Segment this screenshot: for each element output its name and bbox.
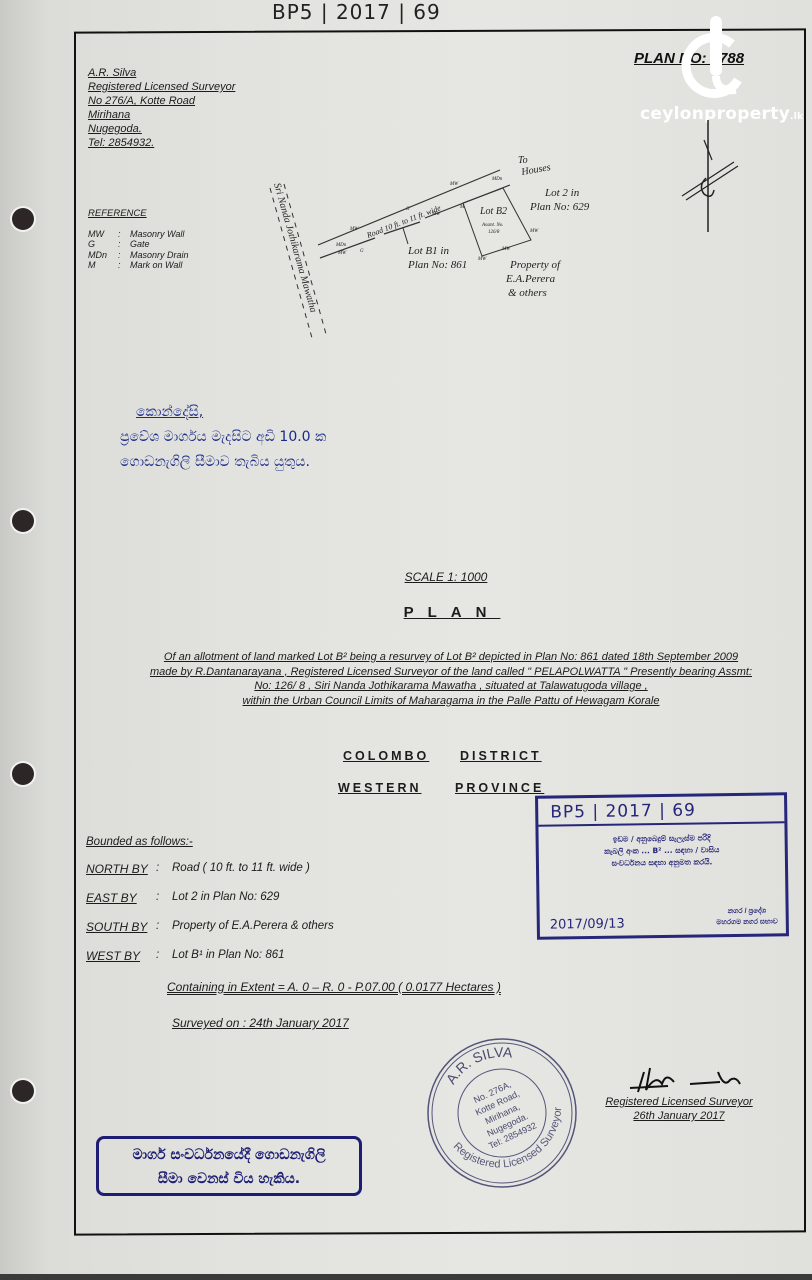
approval-office: නගර / ප්‍රදේශ මහරගම නගර සභාව [716,905,778,928]
surveyor-details: A.R. Silva Registered Licensed Surveyor … [88,66,235,150]
svg-text:MW: MW [477,257,487,262]
svg-text:126/8: 126/8 [488,230,500,235]
signature-date: 26th January 2017 [590,1110,768,1122]
district-name: COLOMBO [343,740,438,772]
watermark: ceylonproperty.lk [640,14,790,124]
sketch-main-road-label: Sri Nanda Jothikarama Mawatha [271,182,319,314]
north-arrow-icon [676,120,746,235]
svg-text:Plan No: 629: Plan No: 629 [529,201,590,213]
boundary-row: SOUTH BY:Property of E.A.Perera & others [86,920,334,949]
surveyed-date: Surveyed on : 24th January 2017 [172,1016,349,1030]
surveyor-address-2: Mirihana [88,108,235,122]
approval-date: 2017/09/13 [550,917,625,933]
punch-hole [12,1080,34,1102]
approval-stamp: BP5 | 2017 | 69 ඉඩම / අනුබෙදුම් සැලැස්ම … [535,792,789,940]
surveyor-name: A.R. Silva [88,66,235,80]
svg-text:Assmt. No.: Assmt. No. [481,223,504,228]
svg-text:MW: MW [349,227,359,232]
surveyor-seal: A.R. SILVA Registered Licensed Surveyor … [424,1035,580,1191]
reference-title: REFERENCE [88,209,189,220]
svg-text:MW: MW [501,247,511,252]
svg-text:MW: MW [529,229,539,234]
surveyor-address-1: No 276/A, Kotte Road [88,94,235,108]
plan-description: Of an allotment of land marked Lot B² be… [96,650,806,708]
province-label: PROVINCE [455,772,544,804]
reference-item: G:Gate [88,239,189,250]
punch-hole [12,763,34,785]
road-development-stamp: මාර්ග සංවර්ධනයේදී ගොඩනැගිලි සීමා වෙනස් ව… [96,1136,362,1196]
scale-label: SCALE 1: 1000 [40,570,812,584]
punch-hole [12,510,34,532]
svg-text:Lot 2 in: Lot 2 in [544,187,580,199]
svg-text:MW: MW [449,182,459,187]
site-sketch-map: Sri Nanda Jothikarama Mawatha Road 10 ft… [260,148,605,343]
svg-text:G: G [406,207,410,212]
province-name: WESTERN [338,772,433,804]
handwritten-file-reference: BP5 | 2017 | 69 [272,0,441,24]
extent-statement: Containing in Extent = A. 0 – R. 0 - P.0… [167,980,501,994]
svg-text:Property of: Property of [509,259,562,271]
boundaries-title: Bounded as follows:- [86,836,334,848]
surveyor-signature: Registered Licensed Surveyor 26th Januar… [590,1062,780,1132]
reference-legend: REFERENCE MW:Masonry Wall G:Gate MDn:Mas… [88,209,189,271]
svg-text:MDn: MDn [335,243,347,248]
svg-text:M: M [459,205,465,210]
boundary-row: EAST BY:Lot 2 in Plan No: 629 [86,891,334,920]
reference-item: MW:Masonry Wall [88,229,189,240]
sketch-access-road-label: Road 10 ft. to 11 ft. wide [365,203,443,240]
svg-text:G: G [360,249,364,254]
boundary-row: WEST BY:Lot B¹ in Plan No: 861 [86,949,334,978]
punch-hole [12,208,34,230]
surveyor-title: Registered Licensed Surveyor [88,80,235,94]
signature-title: Registered Licensed Surveyor [590,1096,768,1108]
svg-text:MW: MW [431,212,441,217]
svg-text:MW: MW [337,251,347,256]
boundaries: Bounded as follows:- NORTH BY:Road ( 10 … [86,836,334,978]
plan-heading: PLAN [46,604,812,621]
svg-text:Lot B2: Lot B2 [479,206,507,217]
approval-text: ඉඩම / අනුබෙදුම් සැලැස්ම පරිදි කැබලි අංක … [538,823,785,870]
ceylonproperty-logo-icon [640,14,790,109]
svg-text:MDn: MDn [491,177,503,182]
svg-text:Lot B1 in: Lot B1 in [407,245,449,257]
district-label: DISTRICT [460,740,542,772]
svg-text:Plan No: 861: Plan No: 861 [407,259,467,271]
signature-scribble-icon [600,1062,770,1096]
photo-bottom-edge [0,1274,812,1280]
surveyor-tel: Tel: 2854932. [88,136,235,150]
svg-text:E.A.Perera: E.A.Perera [505,273,556,285]
surveyor-address-3: Nugegoda. [88,122,235,136]
svg-text:To: To [518,155,528,166]
reference-item: MDn:Masonry Drain [88,250,189,261]
reference-item: M:Mark on Wall [88,260,189,271]
approval-ref: BP5 | 2017 | 69 [538,795,784,826]
location-block: COLOMBODISTRICT WESTERNPROVINCE [343,740,566,804]
handwritten-conditions-note: කොන්දේසි, ප්‍රවේශ මාර්ගය මැදසිට අඩි 10.0… [120,400,326,475]
svg-text:& others: & others [508,287,547,299]
boundary-row: NORTH BY:Road ( 10 ft. to 11 ft. wide ) [86,862,334,891]
